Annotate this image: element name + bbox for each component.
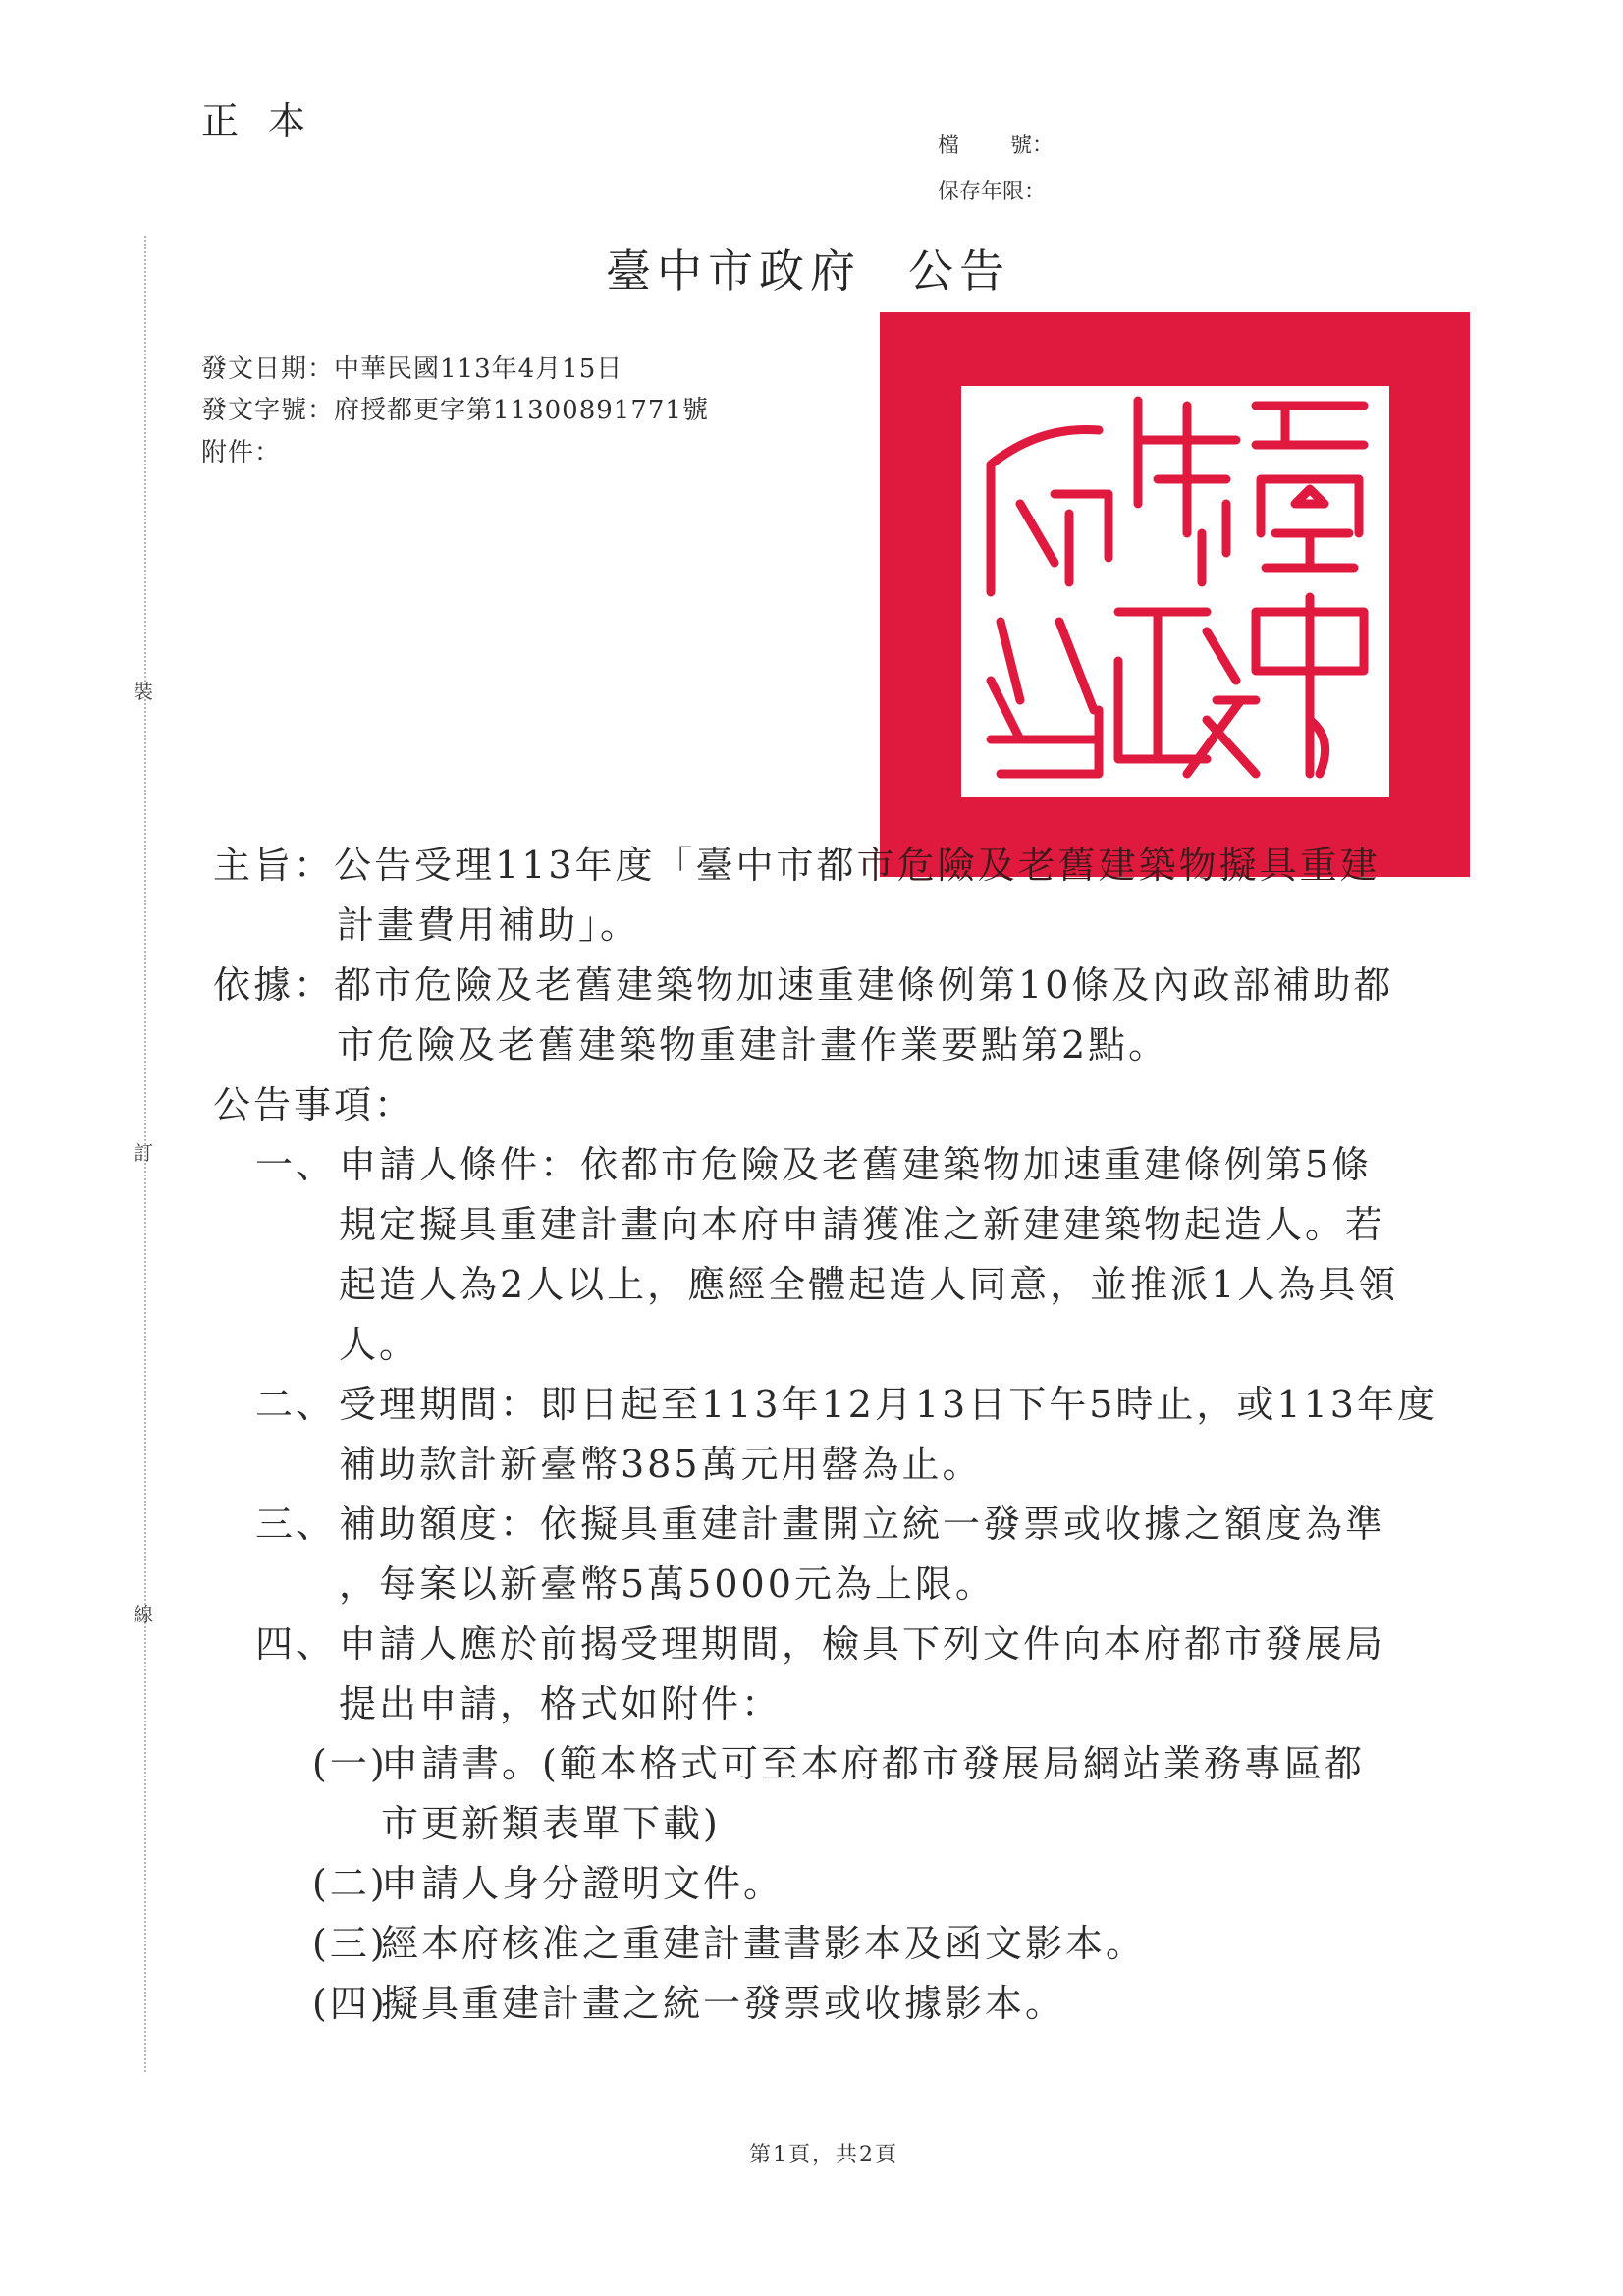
- sub-item-1-line2: 市更新類表單下載): [381, 1793, 721, 1847]
- notice-item-1-line4: 人。: [339, 1314, 419, 1368]
- issue-date-label: 發文日期：: [201, 355, 334, 384]
- copy-mark: 正本: [201, 90, 335, 144]
- notice-item-2-line1: 受理期間：即日起至113年12月13日下午5時止，或113年度: [339, 1374, 1437, 1428]
- issue-date-value: 中華民國113年4月15日: [334, 355, 622, 384]
- notice-item-3-line2: ，每案以新臺幣5萬5000元為上限。: [339, 1554, 996, 1608]
- subject-label: 主旨：: [213, 844, 334, 887]
- attachment-row: 附件：: [201, 432, 281, 468]
- document-type: 公告: [908, 245, 1010, 298]
- reference-number-label: 發文字號：: [201, 396, 334, 425]
- sub-item-2-line1: 申請人身分證明文件。: [381, 1853, 784, 1907]
- sub-item-4-marker: (四): [312, 1973, 388, 2027]
- reference-number-value: 府授都更字第11300891771號: [334, 396, 709, 425]
- document-title: 臺中市政府公告: [606, 236, 1010, 301]
- basis-text-line2: 市危險及老舊建築物重建計畫作業要點第2點。: [337, 1014, 1168, 1068]
- binding-char-1: 裝: [134, 676, 153, 704]
- sub-item-2-marker: (二): [312, 1853, 388, 1907]
- issue-date-row: 發文日期：中華民國113年4月15日: [201, 349, 622, 385]
- notice-item-4-line1: 申請人應於前揭受理期間，檢具下列文件向本府都市發展局: [339, 1613, 1385, 1667]
- file-number-label-a: 檔: [938, 134, 959, 158]
- basis-text-line1: 都市危險及老舊建築物加速重建條例第10條及內政部補助都: [334, 963, 1393, 1007]
- notice-item-1-marker: 一、: [255, 1134, 336, 1188]
- notice-item-3-line1: 補助額度：依擬具重建計畫開立統一發票或收據之額度為準: [339, 1494, 1385, 1548]
- subject-text-line2: 計畫費用補助」。: [337, 895, 640, 949]
- subject-text-part1: 公告受理113年度「臺中市都: [334, 844, 857, 887]
- file-number-field: 檔號：: [938, 129, 1054, 159]
- reference-number-row: 發文字號：府授都更字第11300891771號: [201, 390, 709, 426]
- notice-item-1-line2: 規定擬具重建計畫向本府申請獲准之新建建築物起造人。若: [339, 1194, 1385, 1248]
- subject-text-part2: 市危險及老舊建築物擬具重建: [857, 844, 1380, 887]
- sub-item-3-line1: 經本府核准之重建計畫書影本及函文影本。: [381, 1913, 1146, 1967]
- retention-period-field: 保存年限：: [938, 175, 1046, 205]
- notice-item-3-marker: 三、: [255, 1494, 336, 1548]
- issuer-name: 臺中市政府: [606, 245, 861, 298]
- sub-item-1-marker: (一): [312, 1733, 388, 1787]
- binding-char-3: 線: [134, 1599, 153, 1627]
- official-seal: [880, 312, 1470, 877]
- sub-item-1-line1: 申請書。(範本格式可至本府都市發展局網站業務專區都: [381, 1733, 1365, 1787]
- notice-item-4-line2: 提出申請，格式如附件：: [339, 1673, 782, 1727]
- notice-item-4-marker: 四、: [255, 1613, 336, 1667]
- basis-label: 依據：: [213, 963, 334, 1007]
- notice-label: 公告事項：: [213, 1074, 414, 1128]
- seal-stamp-icon: [961, 386, 1389, 797]
- notice-item-1-line3: 起造人為2人以上，應經全體起造人同意，並推派1人為具領: [339, 1254, 1398, 1308]
- notice-item-2-line2: 補助款計新臺幣385萬元用罄為止。: [339, 1434, 983, 1488]
- sub-item-4-line1: 擬具重建計畫之統一發票或收據影本。: [381, 1973, 1065, 2027]
- page-number: 第1頁，共2頁: [749, 2138, 898, 2168]
- notice-item-2-marker: 二、: [255, 1374, 336, 1428]
- file-number-label-b: 號：: [1010, 134, 1054, 158]
- sub-item-3-marker: (三): [312, 1913, 388, 1967]
- binding-char-2: 訂: [134, 1137, 153, 1166]
- notice-item-1-line1: 申請人條件：依都市危險及老舊建築物加速重建條例第5條: [339, 1134, 1372, 1188]
